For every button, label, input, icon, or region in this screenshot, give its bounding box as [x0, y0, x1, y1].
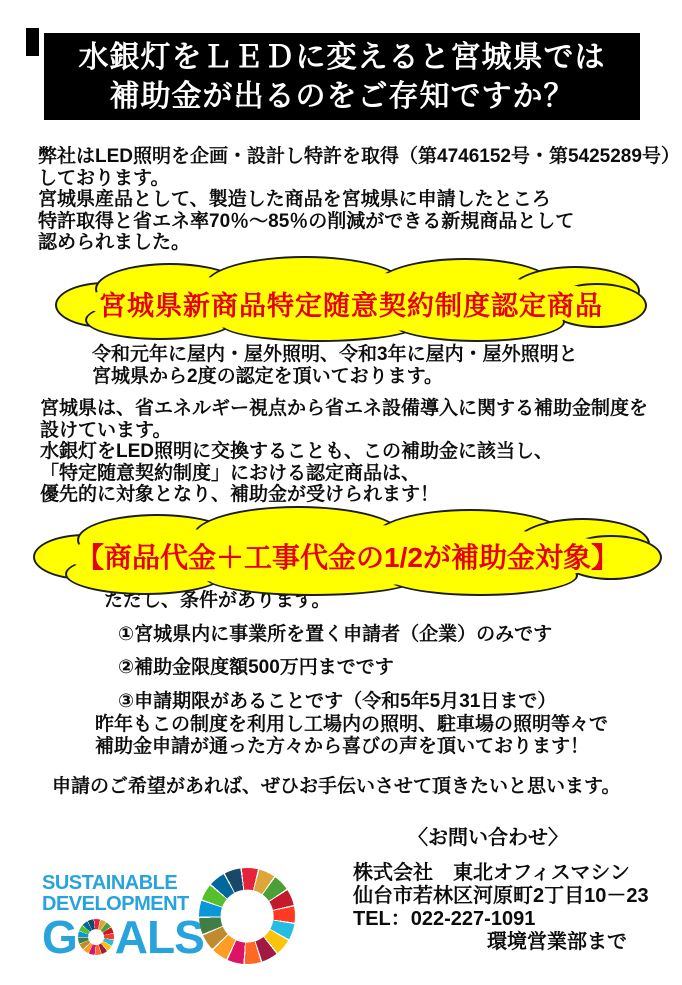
sdg-logo: SUSTAINABLE DEVELOPMENT G ALS — [42, 873, 204, 959]
flyer-page: 水銀灯をＬＥＤに変えると宮城県では 補助金が出るのをご存知ですか？ 弊社はLED… — [0, 0, 682, 985]
sdg-color-wheel-icon — [78, 919, 114, 955]
text-line: 補助金申請が通った方々から喜びの声を頂いております！ — [95, 736, 608, 758]
condition-item-2: ②補助金限度額500万円までです — [118, 657, 556, 679]
contact-company: 株式会社 東北オフィスマシン — [353, 862, 627, 885]
text-line: 設けています。 — [40, 420, 648, 442]
text-line: 昨年もこの制度を利用し工場内の照明、駐車場の照明等々で — [95, 714, 608, 736]
text-line: しております。 — [38, 168, 680, 190]
title-line-1: 水銀灯をＬＥＤに変えると宮城県では — [44, 38, 640, 77]
text-line: 宮城県から2度の認定を頂いております。 — [92, 366, 578, 388]
wheel-hole — [221, 890, 274, 943]
wheel-hole — [88, 929, 104, 945]
contact-heading: 〈お問い合わせ〉 — [408, 828, 568, 850]
condition-item-1: ①宮城県内に事業所を置く申請者（企業）のみです — [118, 624, 556, 646]
subsidy-amount-badge: 【商品代金＋工事代金の1/2が補助金対象】 — [33, 506, 662, 598]
badge2-text: 【商品代金＋工事代金の1/2が補助金対象】 — [33, 536, 662, 576]
sdg-goals-als: ALS — [115, 915, 204, 959]
condition-item-3: ③申請期限があることです（令和5年5月31日まで） — [118, 691, 556, 713]
corner-mark — [26, 28, 39, 56]
contact-tel: TEL：022‐227‐1091 — [353, 908, 627, 931]
text-line: 令和元年に屋内・屋外照明、令和3年に屋内・屋外照明と — [92, 344, 578, 366]
certified-product-badge: 宮城県新商品特定随意契約制度認定商品 — [55, 256, 647, 344]
text-line: 宮城県産品として、製造した商品を宮城県に申請したところ — [38, 189, 680, 211]
sdg-text-goals: G ALS — [42, 915, 204, 959]
text-line: 優先的に対象となり、補助金が受けられます！ — [40, 484, 648, 506]
text-line: 弊社はLED照明を企画・設計し特許を取得（第4746152号・第5425289号… — [38, 146, 680, 168]
contact-department: 環境営業部まで — [353, 931, 627, 954]
sdg-goals-g: G — [42, 915, 77, 959]
contact-block: 株式会社 東北オフィスマシン 仙台市若林区河原町2丁目10－23 TEL：022… — [353, 862, 627, 954]
text-line: 宮城県は、省エネルギー視点から省エネ設備導入に関する補助金制度を — [40, 398, 648, 420]
text-line: 「特定随意契約制度」における認定商品は、 — [40, 463, 648, 485]
text-line: 特許取得と省エネ率70％～85％の削減ができる新規商品として — [38, 211, 680, 233]
intro-paragraph: 弊社はLED照明を企画・設計し特許を取得（第4746152号・第5425289号… — [38, 146, 680, 254]
contact-address: 仙台市若林区河原町2丁目10－23 — [353, 885, 627, 908]
title-line-2: 補助金が出るのをご存知ですか？ — [44, 77, 640, 116]
text-line: 水銀灯をLED照明に交換することも、この補助金に該当し、 — [40, 441, 648, 463]
sdg-text-sustainable: SUSTAINABLE — [42, 873, 204, 894]
sdg-color-wheel-icon — [199, 868, 295, 964]
closing-line: 申請のご希望があれば、ぜひお手伝いさせて頂きたいと思います。 — [52, 776, 620, 798]
conditions-block: ただし、条件があります。 ①宮城県内に事業所を置く申請者（企業）のみです ②補助… — [104, 590, 556, 712]
badge1-text: 宮城県新商品特定随意契約制度認定商品 — [55, 284, 647, 323]
certification-paragraph: 令和元年に屋内・屋外照明、令和3年に屋内・屋外照明と 宮城県から2度の認定を頂い… — [92, 344, 578, 387]
text-line: 認められました。 — [38, 232, 680, 254]
testimonial-paragraph: 昨年もこの制度を利用し工場内の照明、駐車場の照明等々で 補助金申請が通った方々か… — [95, 714, 608, 757]
subsidy-paragraph: 宮城県は、省エネルギー視点から省エネ設備導入に関する補助金制度を 設けています。… — [40, 398, 648, 506]
title-banner: 水銀灯をＬＥＤに変えると宮城県では 補助金が出るのをご存知ですか？ — [44, 33, 640, 120]
